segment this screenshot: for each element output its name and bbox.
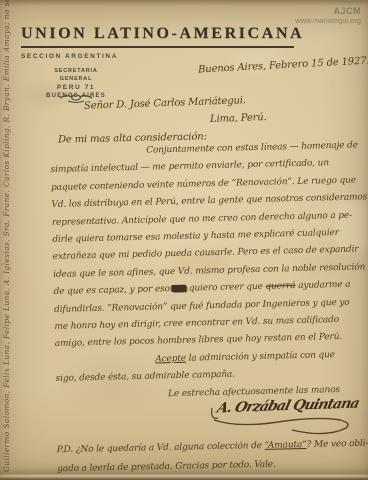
underlined-word: “Amauta” <box>264 440 306 451</box>
body-text: de que es capaz, y por eso <box>53 284 169 297</box>
scanned-letter-page: AJCM www.mariategui.org UNION LATINO-AME… <box>0 0 368 480</box>
signature-block: A. Orzábal Quintana <box>208 394 358 436</box>
body-text: ayudarme a <box>298 280 350 291</box>
margin-note: Guillermo Salomón, Félix Luna, Felipe Lu… <box>2 0 11 472</box>
underlined-word: Acepte <box>155 354 186 365</box>
body-text: quiero creer que <box>189 282 263 294</box>
date-line: Buenos Aires, Febrero 15 de 1927. <box>198 56 368 76</box>
recipient-location: Lima, Perú. <box>210 112 267 125</box>
watermark-url: www.mariategui.org <box>295 16 361 26</box>
letterhead-organization-title: UNION LATINO-AMERICANA <box>21 25 294 48</box>
letterhead-section-label: SECCION ARGENTINA <box>21 53 118 60</box>
postscript-text: P.D. ¿No le quedaría a Vd. alguna colecc… <box>57 441 265 455</box>
letterhead-address: PERU 71 <box>38 83 114 92</box>
letter-body: Conjuntamente con estas líneas — homenaj… <box>50 137 368 406</box>
letterhead-office: SECRETARIA GENERAL <box>38 67 114 83</box>
body-text: la admiración y simpatía con que <box>186 350 335 364</box>
postscript-text: ? Me veo obli- <box>307 439 368 450</box>
ink-blot <box>172 285 187 292</box>
archive-watermark: AJCM www.mariategui.org <box>295 6 361 26</box>
watermark-initials: AJCM <box>295 6 361 16</box>
scan-bottom-edge-shadow <box>0 468 368 480</box>
struck-word: querrá <box>265 281 295 292</box>
